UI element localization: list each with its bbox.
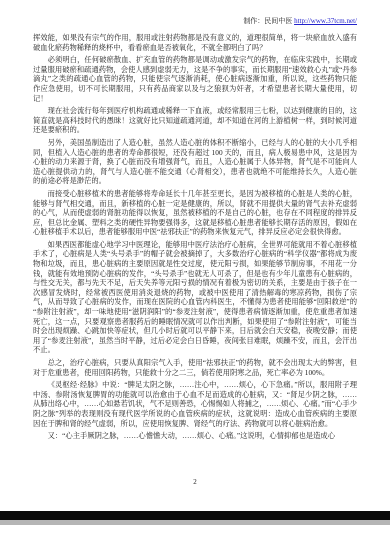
document-page: 制作：民间中医 http://www.37tcm.net/ 挥效能，如果没有宗气…	[0, 0, 390, 546]
paragraph: 必须明白，任何破瘀散血、扩充血管的药物都是调动或激发宗气的药物，在临床实践中，长…	[33, 55, 357, 103]
paragraph: 又：“心主手厥阴之脉，……心憺憺大动，……烦心、心痛。”这说明，心情抑郁也是造成…	[33, 431, 357, 441]
page-bottom-separator-black	[0, 511, 390, 520]
page-content: 制作：民间中医 http://www.37tcm.net/ 挥效能，如果没有宗气…	[33, 17, 357, 444]
header-link[interactable]: http://www.37tcm.net/	[294, 17, 357, 25]
paragraph: 总之，治疗心脏病，只要从真阳宗气入手，使用“祛邪扶正”的药物，就不会出现太大的弊…	[33, 358, 357, 377]
paragraph: 如果西医都能虚心地学习中医理论，能够用中医疗法治疗心脏病，全世界可能就用不着心脏…	[33, 240, 357, 355]
paragraph: 另外，美国虽制造出了人造心脏，虽然人造心脏的体积不断缩小，已经与人的心脏的大小几…	[33, 138, 357, 186]
page-bottom-separator-gray	[0, 520, 390, 525]
paragraph: 《灵枢经·经脉》中说：“脾足太阴之脉，……注心中，……烦心，心下急痛。”所以，服…	[33, 380, 357, 428]
header-maker-label: 制作：民间中医	[243, 17, 292, 25]
document-header: 制作：民间中医 http://www.37tcm.net/	[33, 17, 357, 25]
paragraph: 而接受心脏移植术的患者能够将寿命延长十几年甚至更长，是因为被移植的心脏是人类的心…	[33, 189, 357, 237]
paragraph: 现在社会流行每年到医疗机构疏通或稀释一下血液，或经常服用三七粉，以达到健康的目的…	[33, 106, 357, 135]
paragraph: 挥效能，如果没有宗气的作用，服用或注射药物都是没有意义的，道理很简单，将一块瘀血…	[33, 33, 357, 52]
page-number: 2	[0, 478, 390, 486]
